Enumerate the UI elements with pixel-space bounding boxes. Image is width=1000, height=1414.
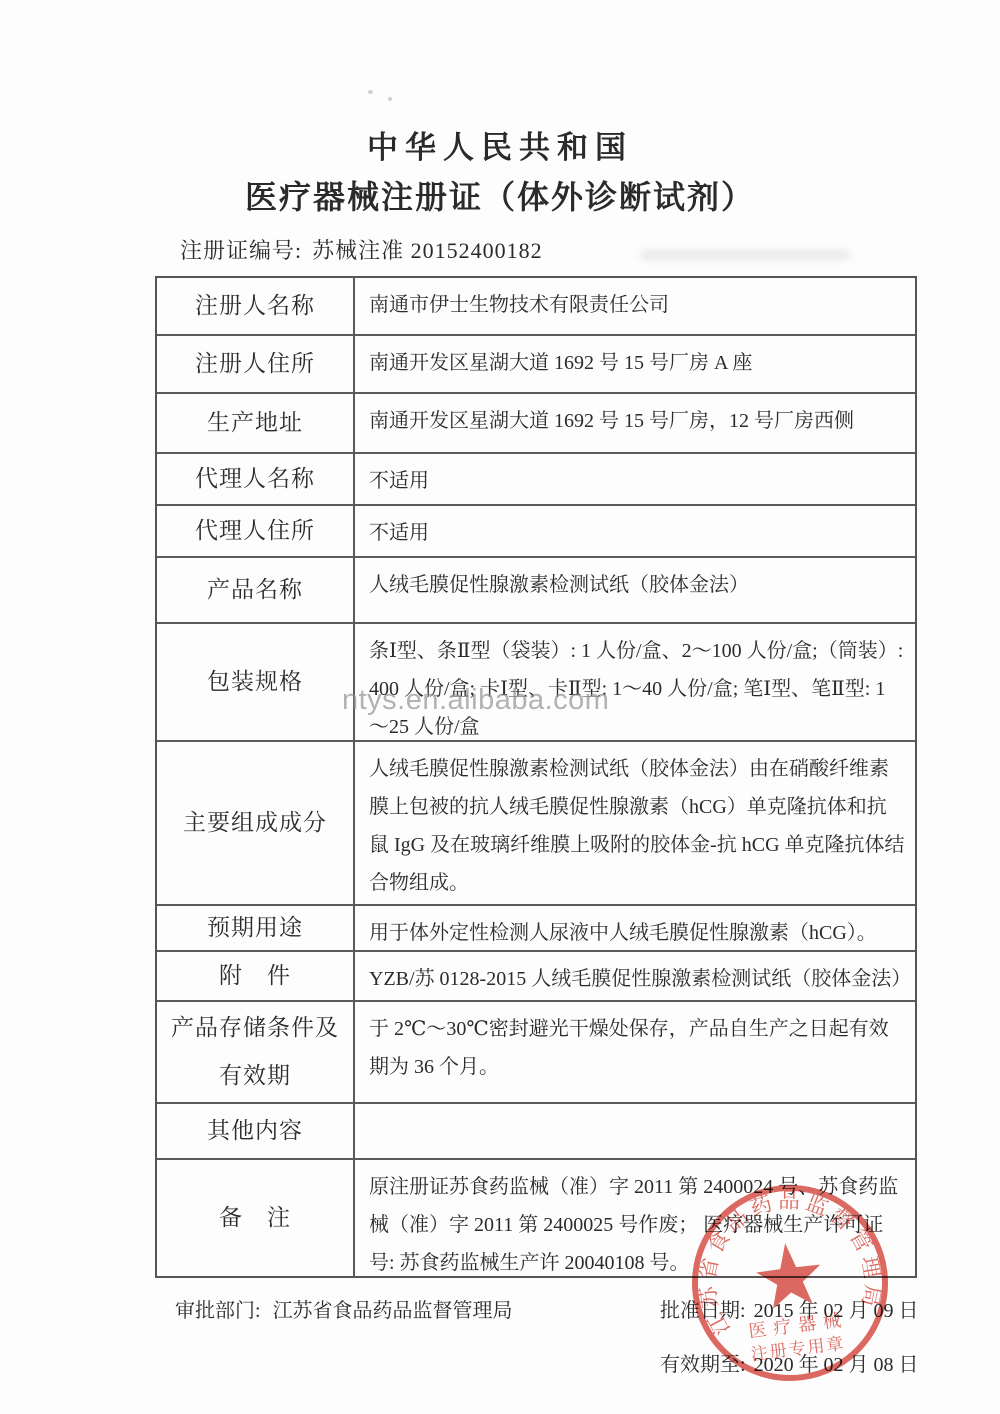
- table-row-registrant-name: 注册人名称 南通市伊士生物技术有限责任公司: [157, 278, 915, 336]
- approval-department-value: 江苏省食品药品监督管理局: [273, 1300, 513, 1322]
- row-label: 注册人名称: [157, 278, 355, 334]
- table-row-storage-validity: 产品存储条件及有效期 于 2℃～30℃密封避光干燥处保存，产品自生产之日起有效期…: [157, 1002, 915, 1104]
- row-label: 备 注: [157, 1160, 355, 1276]
- scan-artifact-dot: [368, 90, 373, 94]
- row-value: 南通开发区星湖大道 1692 号 15 号厂房 A 座: [355, 336, 915, 392]
- row-value: 人绒毛膜促性腺激素检测试纸（胶体金法）由在硝酸纤维素膜上包被的抗人绒毛膜促性腺激…: [355, 742, 915, 904]
- scan-artifact-smudge: [640, 250, 850, 260]
- row-value: 条Ⅰ型、条Ⅱ型（袋装）: 1 人份/盒、2～100 人份/盒;（筒装）: 400…: [355, 624, 915, 740]
- table-row-main-components: 主要组成成分 人绒毛膜促性腺激素检测试纸（胶体金法）由在硝酸纤维素膜上包被的抗人…: [157, 742, 915, 906]
- row-label: 代理人名称: [157, 454, 355, 504]
- row-label: 产品存储条件及有效期: [157, 1002, 355, 1102]
- registration-number-line: 注册证编号:苏械注准 20152400182: [180, 234, 543, 265]
- table-row-intended-use: 预期用途 用于体外定性检测人尿液中人绒毛膜促性腺激素（hCG）。: [157, 906, 915, 952]
- approval-department-line: 审批部门:江苏省食品药品监督管理局: [175, 1294, 513, 1323]
- row-label: 主要组成成分: [157, 742, 355, 904]
- row-value: 于 2℃～30℃密封避光干燥处保存，产品自生产之日起有效期为 36 个月。: [355, 1002, 915, 1102]
- table-row-attachment: 附 件 YZB/苏 0128-2015 人绒毛膜促性腺激素检测试纸（胶体金法）: [157, 952, 915, 1002]
- official-seal: 江苏省食品药品监督管理局 医疗器械 注册专用章: [675, 1168, 905, 1398]
- approval-department-label: 审批部门:: [175, 1300, 261, 1322]
- row-label: 预期用途: [157, 906, 355, 950]
- table-row-registrant-address: 注册人住所 南通开发区星湖大道 1692 号 15 号厂房 A 座: [157, 336, 915, 394]
- row-label: 其他内容: [157, 1104, 355, 1158]
- row-value: YZB/苏 0128-2015 人绒毛膜促性腺激素检测试纸（胶体金法）: [355, 952, 915, 1000]
- page-title-country: 中华人民共和国: [0, 122, 1000, 167]
- row-label: 注册人住所: [157, 336, 355, 392]
- table-row-production-address: 生产地址 南通开发区星湖大道 1692 号 15 号厂房，12 号厂房西侧: [157, 394, 915, 454]
- table-row-other-content: 其他内容: [157, 1104, 915, 1160]
- table-row-agent-address: 代理人住所 不适用: [157, 506, 915, 558]
- red-star-icon: [753, 1239, 825, 1310]
- row-label: 代理人住所: [157, 506, 355, 556]
- table-row-product-name: 产品名称 人绒毛膜促性腺激素检测试纸（胶体金法）: [157, 558, 915, 624]
- certificate-table: 注册人名称 南通市伊士生物技术有限责任公司 注册人住所 南通开发区星湖大道 16…: [155, 276, 917, 1278]
- registration-number-label: 注册证编号:: [180, 238, 302, 263]
- row-value: [355, 1104, 915, 1158]
- certificate-page: 中华人民共和国 医疗器械注册证（体外诊断试剂） 注册证编号:苏械注准 20152…: [0, 0, 1000, 1414]
- row-value: 人绒毛膜促性腺激素检测试纸（胶体金法）: [355, 558, 915, 622]
- row-label: 生产地址: [157, 394, 355, 452]
- table-row-packaging-spec: 包装规格 条Ⅰ型、条Ⅱ型（袋装）: 1 人份/盒、2～100 人份/盒;（筒装）…: [157, 624, 915, 742]
- table-row-agent-name: 代理人名称 不适用: [157, 454, 915, 506]
- scan-artifact-dot: [388, 97, 392, 101]
- page-title-certificate: 医疗器械注册证（体外诊断试剂）: [0, 172, 1000, 218]
- row-value: 南通市伊士生物技术有限责任公司: [355, 278, 915, 334]
- row-label: 产品名称: [157, 558, 355, 622]
- row-label: 包装规格: [157, 624, 355, 740]
- row-value: 不适用: [355, 506, 915, 556]
- site-watermark: ntys.en.alibaba.com: [342, 684, 609, 717]
- row-label: 附 件: [157, 952, 355, 1000]
- row-value: 用于体外定性检测人尿液中人绒毛膜促性腺激素（hCG）。: [355, 906, 915, 950]
- registration-number-value: 苏械注准 20152400182: [312, 238, 543, 263]
- row-value: 不适用: [355, 454, 915, 504]
- row-value: 南通开发区星湖大道 1692 号 15 号厂房，12 号厂房西侧: [355, 394, 915, 452]
